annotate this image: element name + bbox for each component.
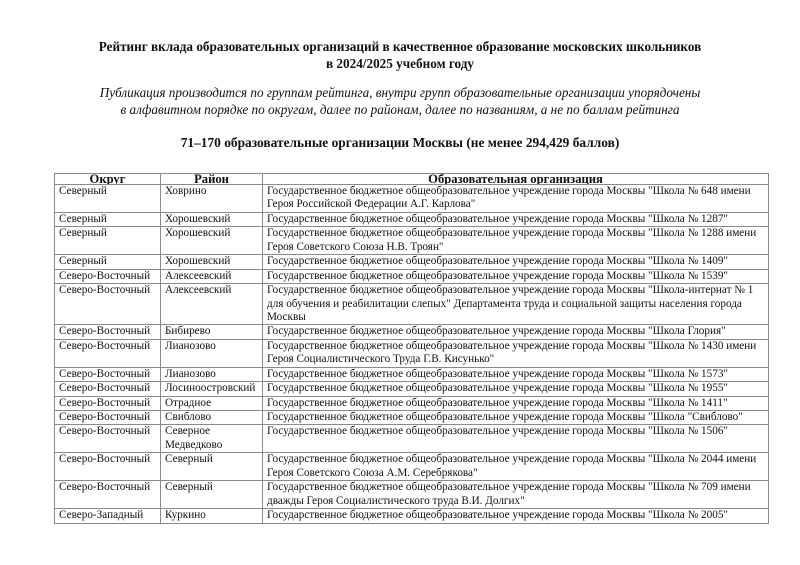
- cell-rayon: Алексеевский: [161, 269, 263, 283]
- cell-rayon: Северный: [161, 453, 263, 481]
- cell-organization: Государственное бюджетное общеобразовате…: [263, 425, 769, 453]
- cell-organization: Государственное бюджетное общеобразовате…: [263, 227, 769, 255]
- table-row: Северо-ВосточныйАлексеевскийГосударствен…: [55, 269, 769, 283]
- cell-organization: Государственное бюджетное общеобразовате…: [263, 269, 769, 283]
- document-title: Рейтинг вклада образовательных организац…: [0, 38, 800, 72]
- cell-organization: Государственное бюджетное общеобразовате…: [263, 481, 769, 509]
- cell-okrug: Северный: [55, 185, 161, 213]
- cell-rayon: Хорошевский: [161, 255, 263, 269]
- group-heading: 71–170 образовательные организации Москв…: [0, 134, 800, 151]
- cell-okrug: Северо-Восточный: [55, 382, 161, 396]
- table-row: Северо-ВосточныйЛианозовоГосударственное…: [55, 339, 769, 367]
- cell-organization: Государственное бюджетное общеобразовате…: [263, 382, 769, 396]
- subtitle-line-1: Публикация производится по группам рейти…: [0, 84, 800, 101]
- cell-okrug: Северо-Восточный: [55, 284, 161, 325]
- cell-okrug: Северный: [55, 213, 161, 227]
- header-okrug: Округ: [55, 174, 161, 185]
- cell-rayon: Куркино: [161, 509, 263, 523]
- table-row: Северо-ВосточныйСеверныйГосударственное …: [55, 481, 769, 509]
- table-row: Северо-ЗападныйКуркиноГосударственное бю…: [55, 509, 769, 523]
- cell-rayon: Северное Медведково: [161, 425, 263, 453]
- cell-organization: Государственное бюджетное общеобразовате…: [263, 367, 769, 381]
- cell-okrug: Северо-Западный: [55, 509, 161, 523]
- table-row: Северо-ВосточныйБибиревоГосударственное …: [55, 325, 769, 339]
- cell-organization: Государственное бюджетное общеобразовате…: [263, 339, 769, 367]
- table-row: СеверныйХорошевскийГосударственное бюдже…: [55, 227, 769, 255]
- table-row: Северо-ВосточныйЛосиноостровскийГосударс…: [55, 382, 769, 396]
- cell-organization: Государственное бюджетное общеобразовате…: [263, 185, 769, 213]
- cell-okrug: Северный: [55, 255, 161, 269]
- cell-organization: Государственное бюджетное общеобразовате…: [263, 396, 769, 410]
- cell-okrug: Северо-Восточный: [55, 481, 161, 509]
- table-row: Северо-ВосточныйЛианозовоГосударственное…: [55, 367, 769, 381]
- table-row: СеверныйХорошевскийГосударственное бюдже…: [55, 255, 769, 269]
- title-line-2: в 2024/2025 учебном году: [0, 55, 800, 72]
- title-line-1: Рейтинг вклада образовательных организац…: [0, 38, 800, 55]
- cell-rayon: Северный: [161, 481, 263, 509]
- cell-okrug: Северо-Восточный: [55, 396, 161, 410]
- table-row: Северо-ВосточныйСвибловоГосударственное …: [55, 411, 769, 425]
- cell-organization: Государственное бюджетное общеобразовате…: [263, 213, 769, 227]
- cell-rayon: Свиблово: [161, 411, 263, 425]
- cell-organization: Государственное бюджетное общеобразовате…: [263, 509, 769, 523]
- cell-okrug: Северо-Восточный: [55, 425, 161, 453]
- cell-organization: Государственное бюджетное общеобразовате…: [263, 453, 769, 481]
- cell-okrug: Северо-Восточный: [55, 411, 161, 425]
- cell-okrug: Северо-Восточный: [55, 325, 161, 339]
- cell-rayon: Лианозово: [161, 339, 263, 367]
- cell-okrug: Северо-Восточный: [55, 269, 161, 283]
- cell-rayon: Хорошевский: [161, 213, 263, 227]
- cell-organization: Государственное бюджетное общеобразовате…: [263, 284, 769, 325]
- cell-rayon: Лосиноостровский: [161, 382, 263, 396]
- header-rayon: Район: [161, 174, 263, 185]
- cell-organization: Государственное бюджетное общеобразовате…: [263, 325, 769, 339]
- cell-organization: Государственное бюджетное общеобразовате…: [263, 255, 769, 269]
- cell-organization: Государственное бюджетное общеобразовате…: [263, 411, 769, 425]
- cell-okrug: Северо-Восточный: [55, 339, 161, 367]
- cell-rayon: Ховрино: [161, 185, 263, 213]
- table-row: Северо-ВосточныйСеверное МедведковоГосуд…: [55, 425, 769, 453]
- table-row: Северо-ВосточныйАлексеевскийГосударствен…: [55, 284, 769, 325]
- cell-okrug: Северо-Восточный: [55, 453, 161, 481]
- cell-rayon: Отрадное: [161, 396, 263, 410]
- cell-rayon: Лианозово: [161, 367, 263, 381]
- table-row: СеверныйХорошевскийГосударственное бюдже…: [55, 213, 769, 227]
- subtitle-line-2: в алфавитном порядке по округам, далее п…: [0, 101, 800, 118]
- cell-rayon: Бибирево: [161, 325, 263, 339]
- cell-rayon: Алексеевский: [161, 284, 263, 325]
- table-row: Северо-ВосточныйСеверныйГосударственное …: [55, 453, 769, 481]
- cell-okrug: Северный: [55, 227, 161, 255]
- cell-rayon: Хорошевский: [161, 227, 263, 255]
- table-row: Северо-ВосточныйОтрадноеГосударственное …: [55, 396, 769, 410]
- table-row: СеверныйХовриноГосударственное бюджетное…: [55, 185, 769, 213]
- cell-okrug: Северо-Восточный: [55, 367, 161, 381]
- document-subtitle: Публикация производится по группам рейти…: [0, 84, 800, 118]
- header-organization: Образовательная организация: [263, 174, 769, 185]
- rating-table: Округ Район Образовательная организация …: [54, 173, 769, 524]
- table-header-row: Округ Район Образовательная организация: [55, 174, 769, 185]
